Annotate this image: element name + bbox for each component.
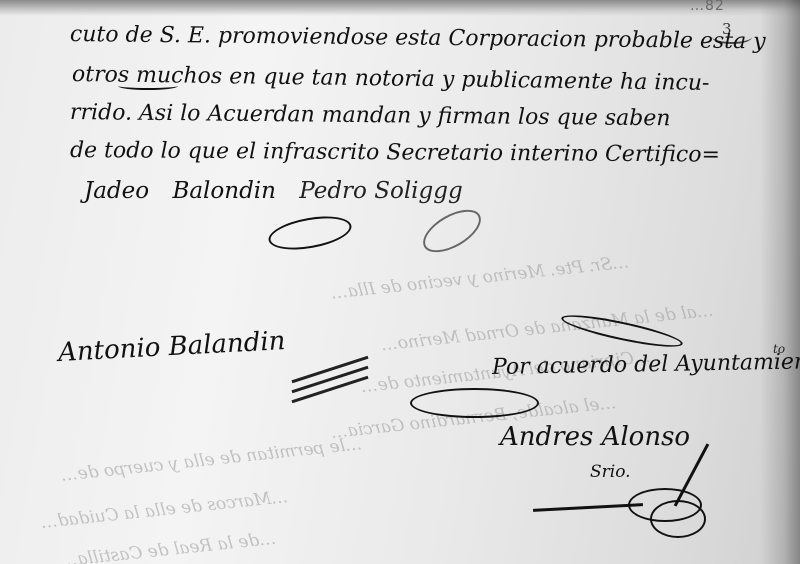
signature-andres-alonso: Andres Alonso xyxy=(500,422,690,452)
rubric-scribble-icon xyxy=(290,362,370,402)
bleed-through-line: …le permitan de ella y cuerpo de… xyxy=(60,434,363,486)
signature-jadeo: Jadeo xyxy=(84,178,149,204)
bleed-through-line: …de la Real de Castilla… xyxy=(60,529,278,564)
rubric-loop-icon xyxy=(650,500,706,538)
archive-reference: …82 xyxy=(690,0,725,14)
body-line-1: cuto de S. E. promoviendose esta Corpora… xyxy=(70,22,766,54)
body-line-2: otros muchos en que tan notoria y public… xyxy=(72,62,710,96)
body-line-3: rrido. Asi lo Acuerdan mandan y firman l… xyxy=(70,100,671,131)
page-right-edge-shadow xyxy=(760,0,800,564)
upper-signatures: Jadeo Balondin Pedro Soliggg xyxy=(84,178,479,204)
rubric-flourish-icon xyxy=(266,211,354,255)
bleed-through-line: …al de la Manzana de Ornad Merino… xyxy=(380,301,715,356)
rubric-stroke-icon xyxy=(533,503,643,512)
superscript-abbrev: to xyxy=(773,342,785,356)
manuscript-page: …82 3 …Sr. Pte. Merino y vecino de Illa…… xyxy=(0,0,800,564)
rubric-oval-icon xyxy=(410,388,539,418)
underline-flourish xyxy=(118,82,178,90)
signature-antonio-balandin: Antonio Balandin xyxy=(57,326,286,368)
bleed-through-line: …Marcos de ella la Cuidad… xyxy=(40,487,289,533)
por-acuerdo-heading: Por acuerdo del Ayuntamiento xyxy=(492,349,800,380)
secretary-title: Srio. xyxy=(590,462,631,482)
signature-pedro-soliggg: Pedro Soliggg xyxy=(299,178,462,204)
page-top-edge xyxy=(0,0,800,16)
bleed-through-line: …Sr. Pte. Merino y vecino de Illa… xyxy=(330,252,630,303)
body-line-4: de todo lo que el infrascrito Secretario… xyxy=(70,138,720,168)
rubric-flourish-icon xyxy=(416,201,487,261)
signature-balondin: Balondin xyxy=(172,178,276,204)
